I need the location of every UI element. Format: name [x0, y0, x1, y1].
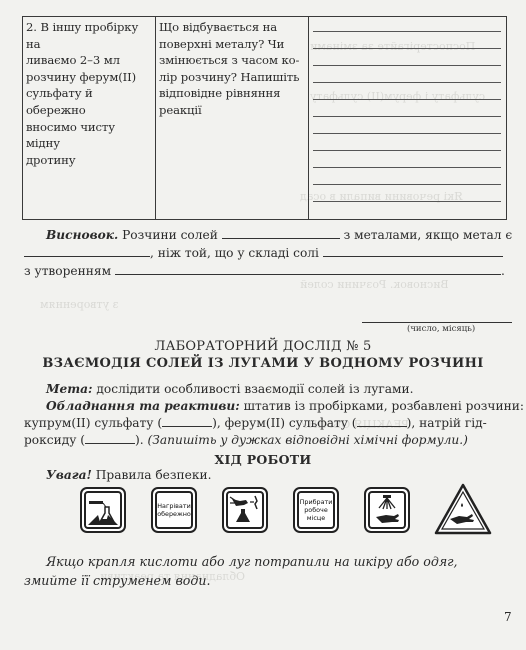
attention-label: Увага! — [46, 468, 92, 482]
safety-warning-text: Якщо крапля кислоти або луг потрапили на… — [24, 552, 514, 590]
conclusion-label: Висновок. — [46, 228, 118, 242]
answer-ruled-line — [313, 201, 501, 202]
answer-ruled-line — [313, 31, 501, 32]
date-field[interactable] — [362, 322, 512, 323]
lab-subtitle: ВЗАЄМОДІЯ СОЛЕЙ ІЗ ЛУГАМИ У ВОДНОМУ РОЗЧ… — [0, 356, 526, 371]
date-caption: (число, місяць) — [407, 324, 475, 334]
attention-text: Правила безпеки. — [96, 468, 212, 482]
reagents-line-1: купрум(ІІ) сульфату (), ферум(ІІ) сульфа… — [24, 415, 487, 431]
answer-ruled-line — [313, 167, 501, 168]
procedure-cell: 2. В іншу пробірку на ливаємо 2–3 мл роз… — [23, 17, 156, 219]
experiment-table: 2. В іншу пробірку на ливаємо 2–3 мл роз… — [22, 16, 507, 220]
conclusion-blank-2[interactable] — [24, 244, 150, 257]
lab-title: ЛАБОРАТОРНИЙ ДОСЛІД № 5 — [0, 339, 526, 354]
reagent-text-4: роксиду ( — [24, 433, 85, 447]
wash-hands-icon — [364, 487, 410, 533]
conclusion-blank-1[interactable] — [222, 226, 340, 239]
answer-ruled-line — [313, 184, 501, 185]
question-text: Що відбувається на поверхні металу? Чи з… — [156, 17, 308, 121]
conclusion-text-2: з металами, якщо метал є — [344, 228, 513, 242]
page-number: 7 — [504, 610, 512, 624]
clean-workplace-icon: Прибрати робоче місце — [293, 487, 339, 533]
goal-paragraph: Мета: дослідити особливості взаємодії со… — [46, 381, 414, 397]
formula-blank-2[interactable] — [357, 415, 407, 427]
answer-ruled-line — [313, 150, 501, 151]
answer-cell[interactable] — [309, 17, 506, 219]
conclusion-text-1: Розчини солей — [122, 228, 218, 242]
formula-instruction: (Запишіть у дужках відповідні хімічні фо… — [148, 433, 468, 447]
equipment-text: штатив із пробірками, розбавлені розчини… — [244, 399, 524, 413]
workbook-page: Поспостерігайте за змінами сульфату і фе… — [0, 0, 526, 650]
formula-blank-1[interactable] — [162, 415, 212, 427]
pour-chemicals-icon — [80, 487, 126, 533]
procedure-text: 2. В іншу пробірку на ливаємо 2–3 мл роз… — [23, 17, 155, 170]
goal-text: дослідити особливості взаємодії солей із… — [96, 382, 413, 396]
conclusion-blank-4[interactable] — [115, 262, 501, 275]
answer-ruled-line — [313, 133, 501, 134]
formula-blank-3[interactable] — [85, 432, 135, 444]
conclusion-period: . — [501, 264, 505, 278]
goal-label: Мета: — [46, 382, 93, 396]
question-cell: Що відбувається на поверхні металу? Чи з… — [156, 17, 309, 219]
conclusion-text-3: , ніж той, що у складі солі — [150, 246, 319, 260]
conclusion-blank-3[interactable] — [323, 244, 503, 257]
answer-ruled-line — [313, 65, 501, 66]
attention-line: Увага! Правила безпеки. — [46, 467, 212, 483]
conclusion-text-4: з утворенням — [24, 264, 111, 278]
procedure-title: ХІД РОБОТИ — [0, 452, 526, 467]
corrosive-warning-icon — [434, 483, 492, 535]
reagent-text-1: купрум(ІІ) сульфату ( — [24, 416, 162, 430]
answer-ruled-line — [313, 116, 501, 117]
answer-ruled-line — [313, 99, 501, 100]
reagent-text-3: ), натрій гід- — [407, 416, 487, 430]
answer-ruled-line — [313, 48, 501, 49]
equipment-paragraph: Обладнання та реактиви: штатив із пробір… — [46, 398, 524, 414]
heat-carefully-icon: Нагрівати обережно — [151, 487, 197, 533]
reagents-line-2: роксиду (). (Запишіть у дужках відповідн… — [24, 432, 468, 448]
hand-away-flask-icon — [222, 487, 268, 533]
reagent-text-4-end: ). — [135, 433, 144, 447]
safety-icons-row: Нагрівати обережно Прибрати робоче місце — [0, 487, 526, 543]
answer-ruled-line — [313, 82, 501, 83]
reagent-text-2: ), ферум(ІІ) сульфату ( — [212, 416, 356, 430]
equipment-label: Обладнання та реактиви: — [46, 399, 240, 413]
